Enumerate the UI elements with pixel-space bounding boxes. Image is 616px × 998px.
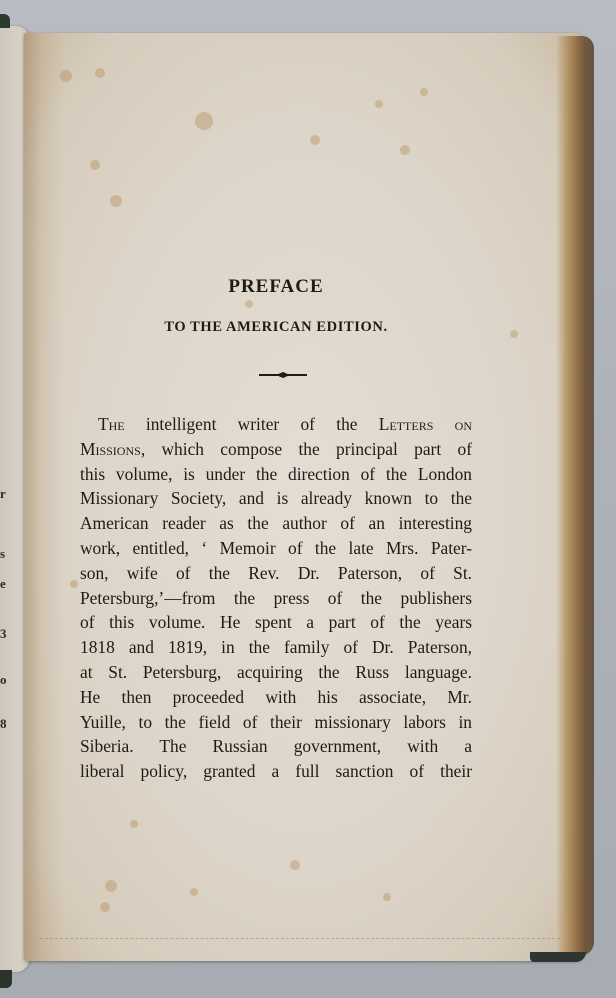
foxing-spot xyxy=(510,330,518,338)
left-page-text-fragments: rse3o8 xyxy=(0,26,10,972)
left-page-fragment: s xyxy=(0,546,5,562)
text-line: 1818 and 1819, in the family of Dr. Pate… xyxy=(80,635,472,660)
text-line: work, entitled, ‘ Memoir of the late Mrs… xyxy=(80,536,472,561)
foxing-spot xyxy=(90,160,100,170)
horizontal-rule-diamond-ornament-icon xyxy=(258,370,308,380)
text-line: Siberia. The Russian government, with a xyxy=(80,734,472,759)
foxing-spot xyxy=(310,135,320,145)
preface-paragraph: The intelligent writer of the Letters on… xyxy=(80,412,472,784)
foxing-spot xyxy=(245,300,253,308)
text-line: son, wife of the Rev. Dr. Paterson, of S… xyxy=(80,561,472,586)
foxing-spot xyxy=(95,68,105,78)
text-line: Petersburg,’—from the press of the publi… xyxy=(80,586,472,611)
page-fore-edge-stain xyxy=(556,36,594,956)
foxing-spot xyxy=(130,820,138,828)
text-line: of this volume. He spent a part of the y… xyxy=(80,610,472,635)
text-line: The intelligent writer of the Letters on xyxy=(80,412,472,437)
left-page-fragment: r xyxy=(0,486,6,502)
foxing-spot xyxy=(195,112,213,130)
text-line: this volume, is under the direction of t… xyxy=(80,462,472,487)
text-line: Missions, which compose the principal pa… xyxy=(80,437,472,462)
text-line: American reader as the author of an inte… xyxy=(80,511,472,536)
left-page-fragment: 8 xyxy=(0,716,7,732)
foxing-spot xyxy=(400,145,410,155)
foxing-spot xyxy=(100,902,110,912)
foxing-spot xyxy=(290,860,300,870)
page-title: PREFACE xyxy=(80,276,472,298)
cover-corner-top xyxy=(0,14,10,28)
cover-corner-bottom xyxy=(0,970,12,988)
foxing-spot xyxy=(105,880,117,892)
foxing-spot xyxy=(60,70,72,82)
foxing-spot xyxy=(70,580,78,588)
page-subtitle: TO THE AMERICAN EDITION. xyxy=(80,319,472,336)
left-page-fragment: e xyxy=(0,576,6,592)
cover-edge-bottom-right xyxy=(530,952,586,962)
text-line: at St. Petersburg, acquiring the Russ la… xyxy=(80,660,472,685)
foxing-spot xyxy=(375,100,383,108)
text-line: liberal policy, granted a full sanction … xyxy=(80,759,472,784)
foxing-spot xyxy=(110,195,122,207)
foxing-spot xyxy=(383,893,391,901)
text-line: He then proceeded with his associate, Mr… xyxy=(80,685,472,710)
text-line: Yuille, to the field of their missionary… xyxy=(80,710,472,735)
foxing-spot xyxy=(190,888,198,896)
foxing-spot xyxy=(420,88,428,96)
gutter-shadow xyxy=(24,33,64,961)
left-page-fragment: o xyxy=(0,672,7,688)
left-page-fragment: 3 xyxy=(0,626,7,642)
press-mark-line xyxy=(40,938,560,939)
text-line: Missionary Society, and is already known… xyxy=(80,486,472,511)
